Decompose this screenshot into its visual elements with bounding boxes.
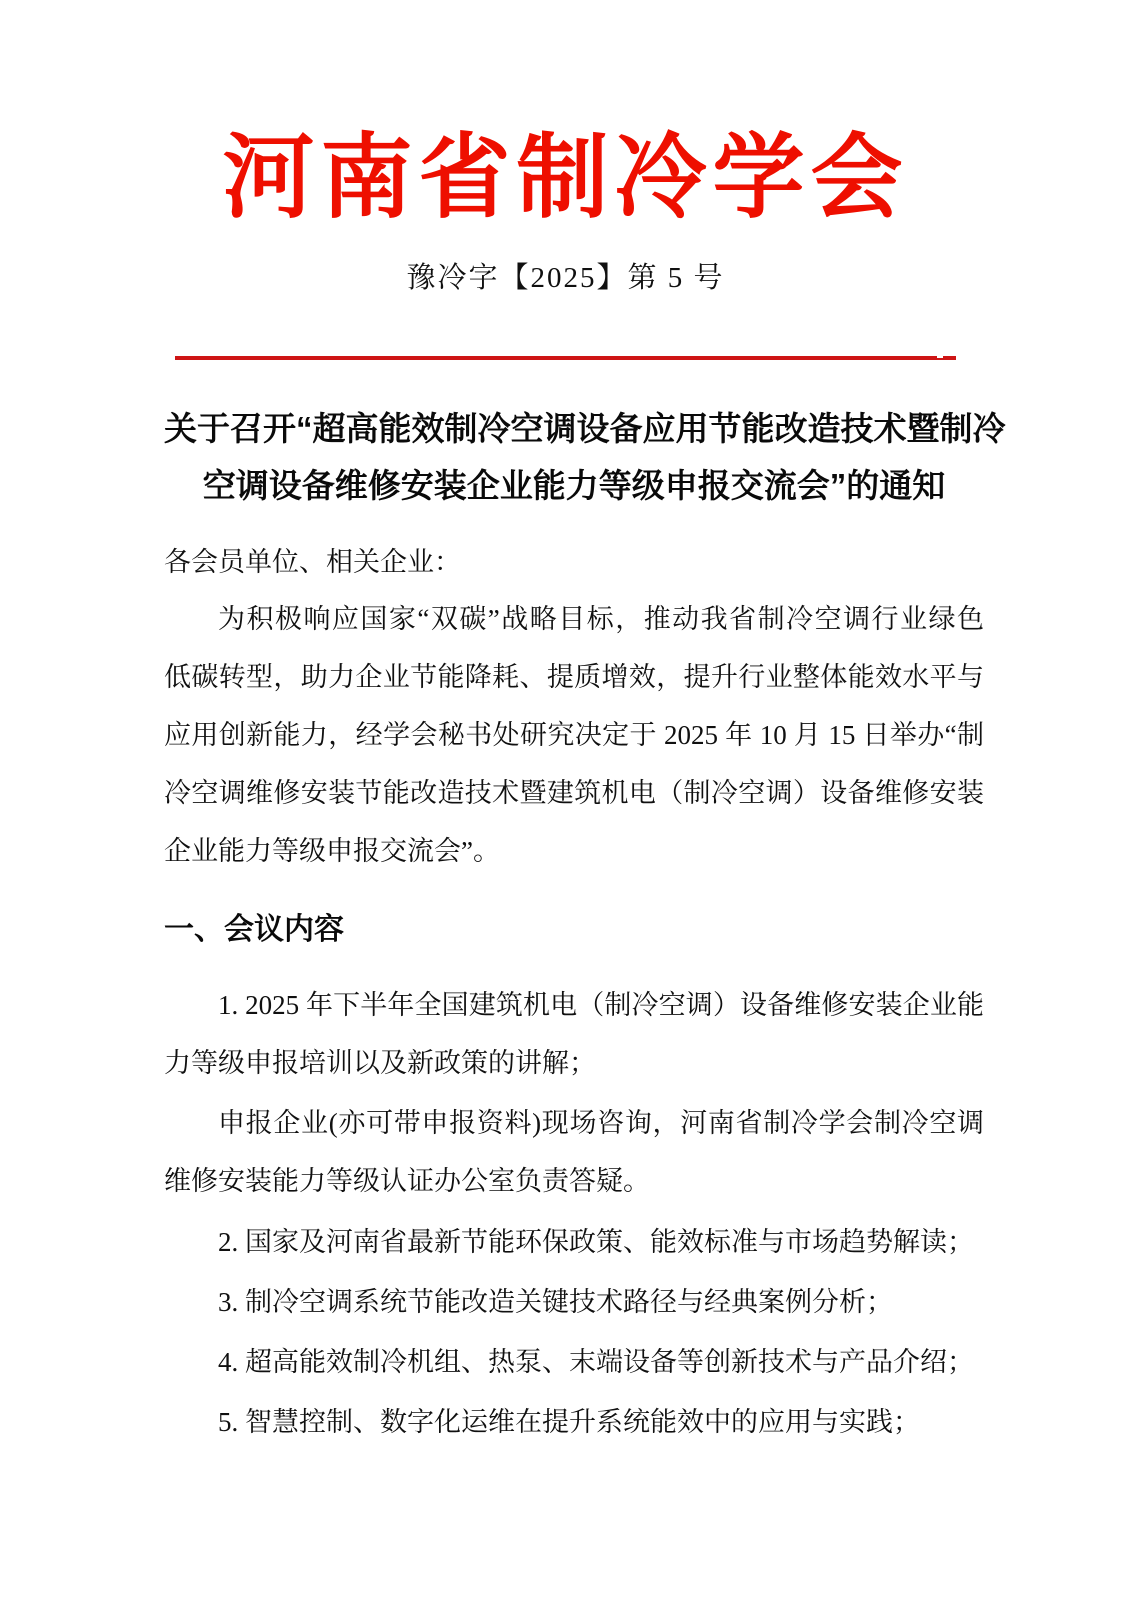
- notice-title-line: 空调设备维修安装企业能力等级申报交流会”的通知: [164, 457, 984, 514]
- rule-notch: [937, 356, 943, 358]
- section-heading-meeting-content: 一、会议内容: [164, 901, 984, 959]
- notice-title: 关于召开“超高能效制冷空调设备应用节能改造技术暨制冷 空调设备维修安装企业能力等…: [164, 400, 984, 514]
- text-line: 冷空调维修安装节能改造技术暨建筑机电（制冷空调）设备维修安装: [164, 764, 984, 822]
- notice-title-line: 关于召开“超高能效制冷空调设备应用节能改造技术暨制冷: [164, 400, 984, 457]
- text-line: 维修安装能力等级认证办公室负责答疑。: [164, 1152, 984, 1210]
- red-divider-line: [175, 356, 956, 360]
- text-line: 力等级申报培训以及新政策的讲解；: [164, 1034, 984, 1092]
- doc-number: 豫冷字【2025】第 5 号: [0, 258, 1131, 298]
- document-page: 河南省制冷学会 豫冷字【2025】第 5 号 关于召开“超高能效制冷空调设备应用…: [0, 0, 1131, 1600]
- intro-paragraph: 为积极响应国家“双碳”战略目标，推动我省制冷空调行业绿色 低碳转型，助力企业节能…: [164, 590, 984, 880]
- text-line: 申报企业(亦可带申报资料)现场咨询，河南省制冷学会制冷空调: [164, 1094, 984, 1152]
- agenda-item-1: 1. 2025 年下半年全国建筑机电（制冷空调）设备维修安装企业能 力等级申报培…: [164, 976, 984, 1092]
- agenda-item-4: 4. 超高能效制冷机组、热泵、末端设备等创新技术与产品介绍；: [164, 1332, 984, 1392]
- text-line: 企业能力等级申报交流会”。: [164, 822, 984, 880]
- agenda-items-2-5: 2. 国家及河南省最新节能环保政策、能效标准与市场趋势解读； 3. 制冷空调系统…: [164, 1212, 984, 1452]
- text-line: 1. 2025 年下半年全国建筑机电（制冷空调）设备维修安装企业能: [164, 976, 984, 1034]
- text-line: 应用创新能力，经学会秘书处研究决定于 2025 年 10 月 15 日举办“制: [164, 706, 984, 764]
- org-name-header: 河南省制冷学会: [0, 126, 1131, 230]
- agenda-item-3: 3. 制冷空调系统节能改造关键技术路径与经典案例分析；: [164, 1272, 984, 1332]
- agenda-item-2: 2. 国家及河南省最新节能环保政策、能效标准与市场趋势解读；: [164, 1212, 984, 1272]
- text-line: 为积极响应国家“双碳”战略目标，推动我省制冷空调行业绿色: [164, 590, 984, 648]
- agenda-item-1-note: 申报企业(亦可带申报资料)现场咨询，河南省制冷学会制冷空调 维修安装能力等级认证…: [164, 1094, 984, 1210]
- text-line: 低碳转型，助力企业节能降耗、提质增效，提升行业整体能效水平与: [164, 648, 984, 706]
- agenda-item-5: 5. 智慧控制、数字化运维在提升系统能效中的应用与实践；: [164, 1392, 984, 1452]
- salutation: 各会员单位、相关企业：: [164, 533, 984, 591]
